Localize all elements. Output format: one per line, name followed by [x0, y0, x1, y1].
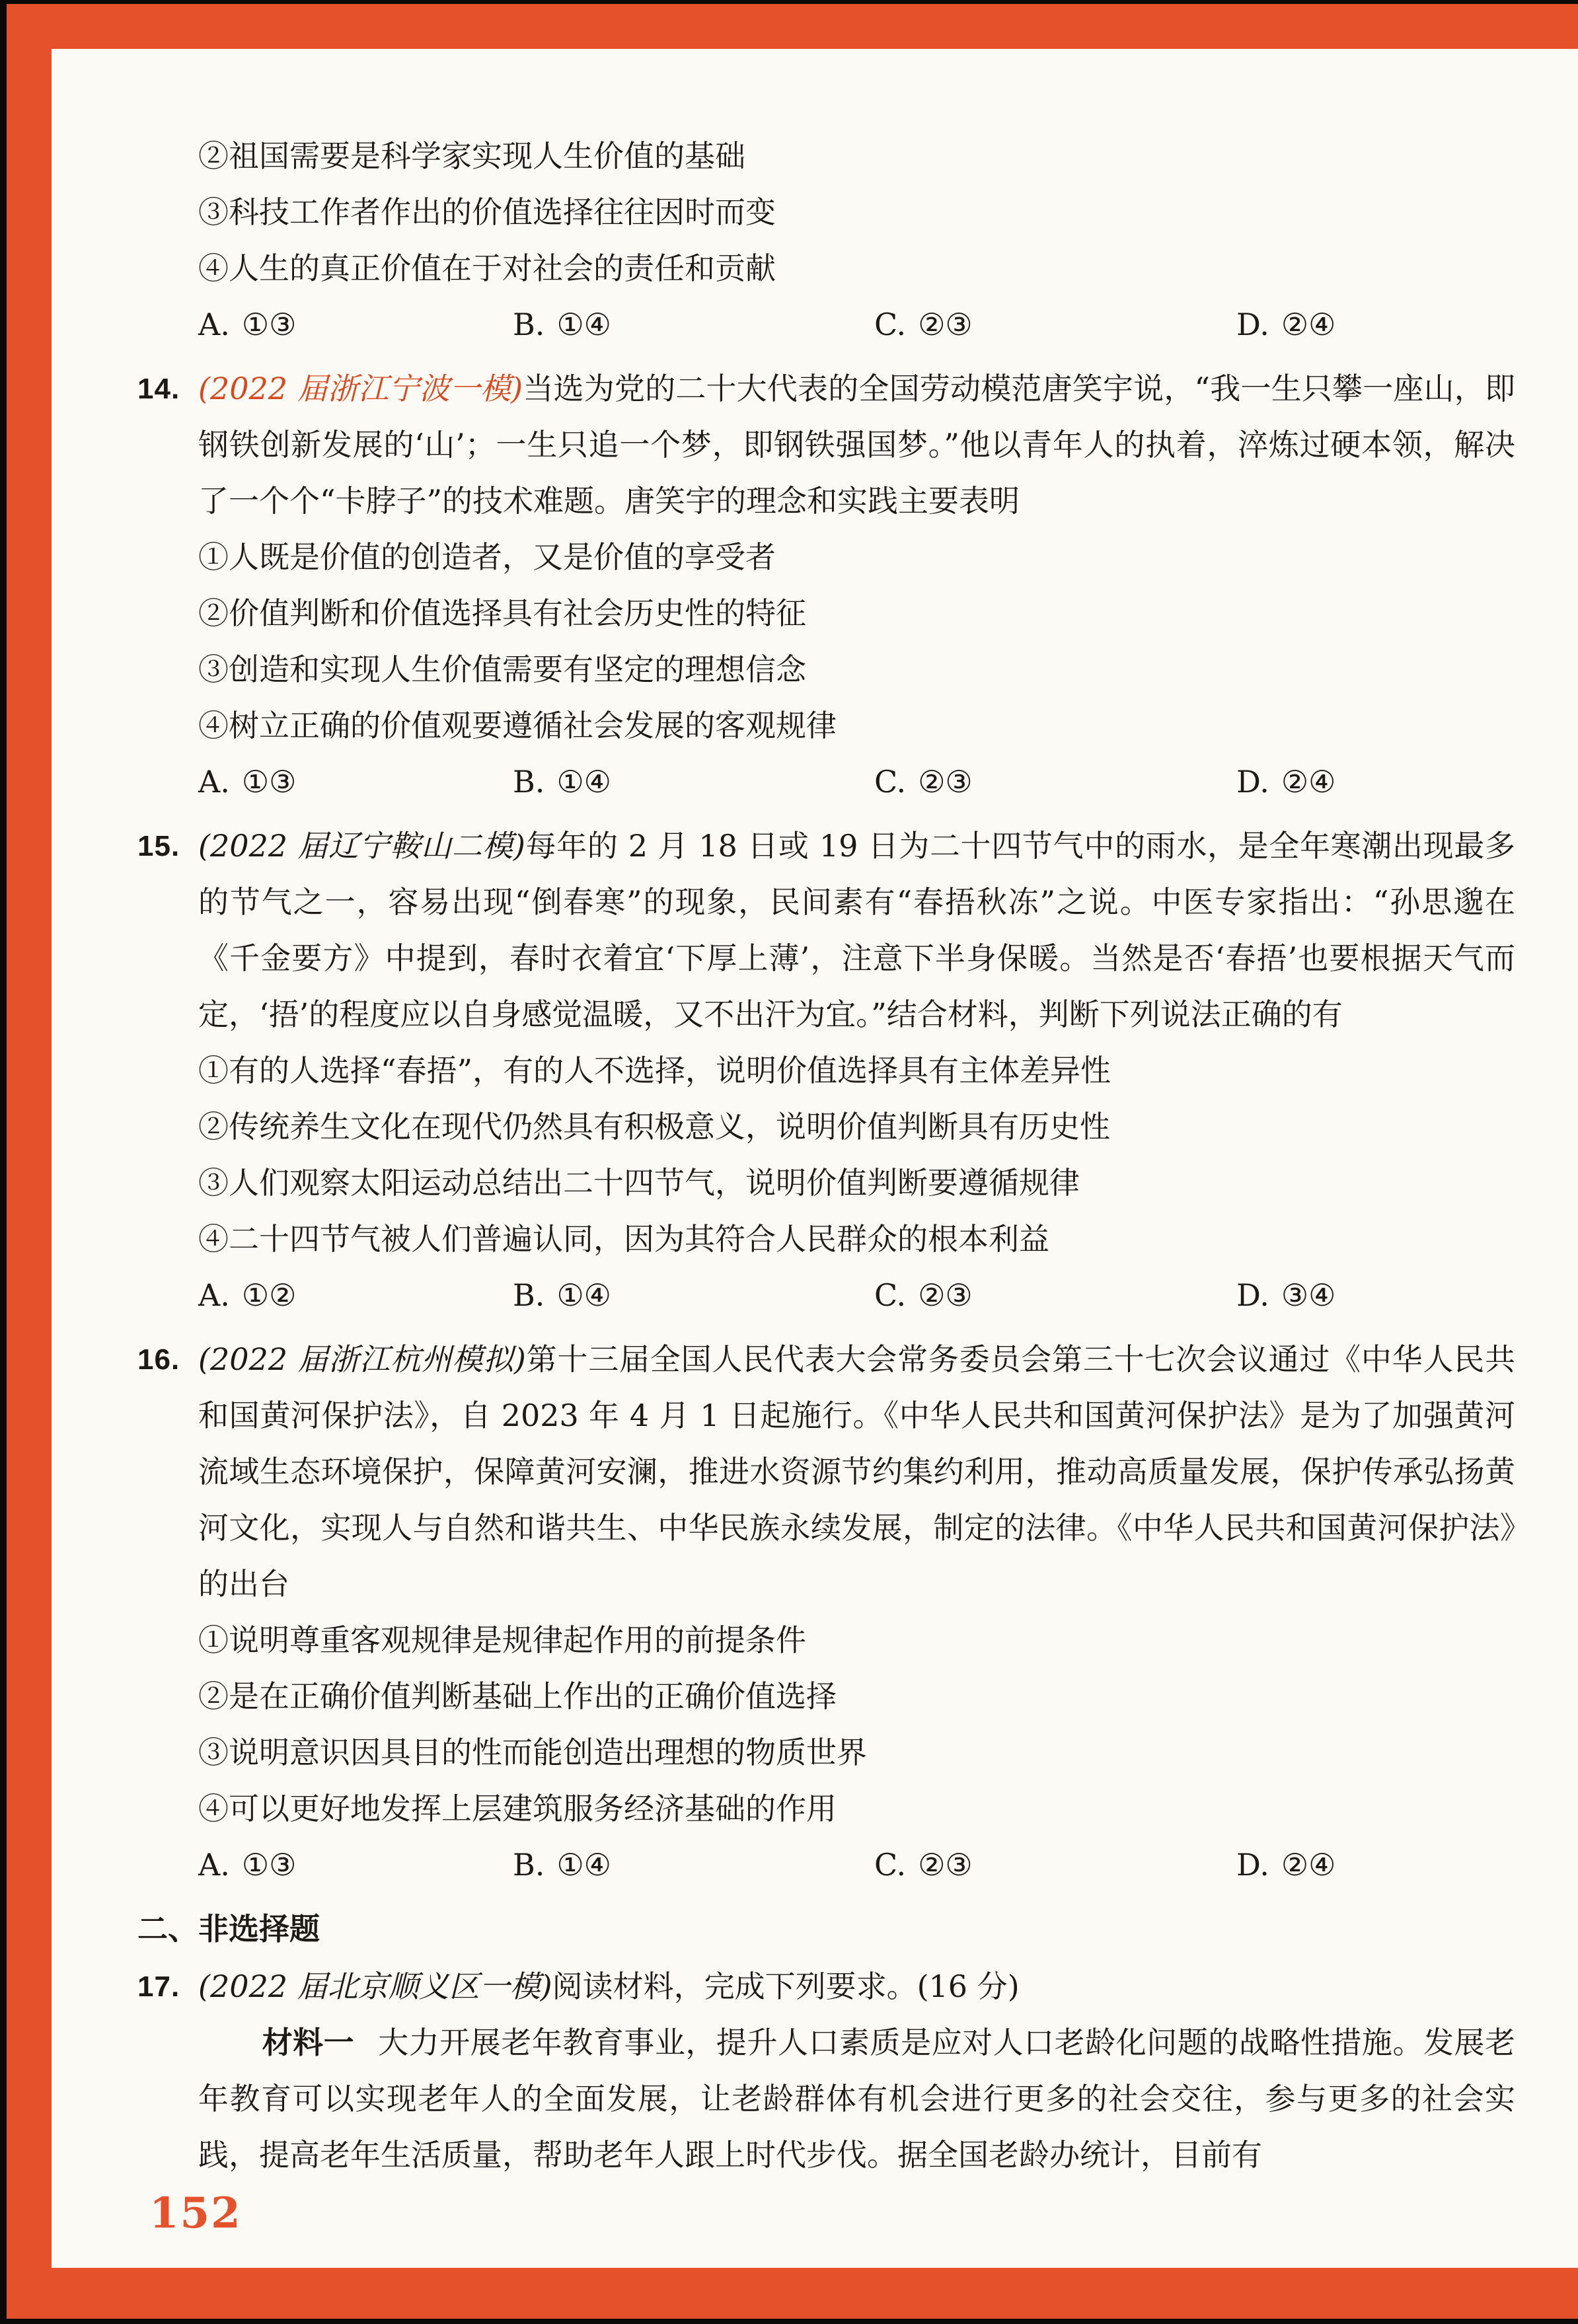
q15-option-b: B.①④: [513, 1267, 874, 1324]
q16-item-4: ④可以更好地发挥上层建筑服务经济基础的作用: [198, 1781, 1515, 1837]
q14-item-3: ③创造和实现人生价值需要有坚定的理想信念: [198, 642, 1515, 698]
q15-item-2: ②传统养生文化在现代仍然具有积极意义，说明价值判断具有历史性: [198, 1099, 1515, 1155]
q16-source-tag: (2022 届浙江杭州模拟): [198, 1341, 526, 1377]
q17-source-tag: (2022 届北京顺义区一模): [198, 1968, 552, 2004]
q17-stem: (2022 届北京顺义区一模)阅读材料，完成下列要求。(16 分): [198, 1959, 1515, 2015]
q15-item-1: ①有的人选择“春捂”，有的人不选择，说明价值选择具有主体差异性: [198, 1043, 1515, 1099]
q13-item-4: ④人生的真正价值在于对社会的责任和贡献: [198, 241, 1515, 297]
q15-source-tag: (2022 届辽宁鞍山二模): [198, 828, 525, 864]
q14-item-1: ①人既是价值的创造者，又是价值的享受者: [198, 529, 1515, 585]
q15-number: 15.: [137, 818, 180, 874]
q14-option-a: A.①③: [198, 754, 513, 810]
q16-options-row: A.①③ B.①④ C.②③ D.②④: [198, 1837, 1515, 1893]
q14-item-4: ④树立正确的价值观要遵循社会发展的客观规律: [198, 698, 1515, 754]
q16-item-3: ③说明意识因具目的性而能创造出理想的物质世界: [198, 1725, 1515, 1781]
q15-option-c: C.②③: [874, 1267, 1236, 1324]
q13-options-row: A.①③ B.①④ C.②③ D.②④: [198, 297, 1515, 353]
question-16: 16. (2022 届浙江杭州模拟)第十三届全国人民代表大会常务委员会第三十七次…: [137, 1331, 1515, 1893]
q15-option-a: A.①②: [198, 1267, 513, 1324]
question-17: 17. (2022 届北京顺义区一模)阅读材料，完成下列要求。(16 分) 材料…: [137, 1959, 1515, 2183]
page-number: 152: [149, 2189, 242, 2238]
q14-option-b: B.①④: [513, 754, 874, 810]
q13-item-2: ②祖国需要是科学家实现人生价值的基础: [198, 128, 1515, 184]
page-content: ②祖国需要是科学家实现人生价值的基础 ③科技工作者作出的价值选择往往因时而变 ④…: [137, 128, 1515, 2191]
q17-material-1: 材料一大力开展老年教育事业，提升人口素质是应对人口老龄化问题的战略性措施。发展老…: [198, 2015, 1515, 2183]
q15-options-row: A.①② B.①④ C.②③ D.③④: [198, 1267, 1515, 1324]
q13-option-b: B.①④: [513, 297, 874, 353]
q14-stem: (2022 届浙江宁波一模)当选为党的二十大代表的全国劳动模范唐笑宇说，“我一生…: [198, 361, 1515, 529]
q15-option-d: D.③④: [1236, 1267, 1515, 1324]
q14-options-row: A.①③ B.①④ C.②③ D.②④: [198, 754, 1515, 810]
question-13-tail: ②祖国需要是科学家实现人生价值的基础 ③科技工作者作出的价值选择往往因时而变 ④…: [137, 128, 1515, 353]
q16-option-b: B.①④: [513, 1837, 874, 1893]
scanned-workbook-page: { "page": { "number": "152", "section2_h…: [0, 0, 1578, 2324]
q17-number: 17.: [137, 1959, 180, 2015]
q16-stem: (2022 届浙江杭州模拟)第十三届全国人民代表大会常务委员会第三十七次会议通过…: [198, 1331, 1515, 1612]
q16-item-2: ②是在正确价值判断基础上作出的正确价值选择: [198, 1668, 1515, 1725]
q15-stem: (2022 届辽宁鞍山二模)每年的 2 月 18 日或 19 日为二十四节气中的…: [198, 818, 1515, 1043]
q15-item-4: ④二十四节气被人们普遍认同，因为其符合人民群众的根本利益: [198, 1211, 1515, 1267]
q13-option-a: A.①③: [198, 297, 513, 353]
q16-item-1: ①说明尊重客观规律是规律起作用的前提条件: [198, 1612, 1515, 1668]
q13-option-d: D.②④: [1236, 297, 1515, 353]
q14-number: 14.: [137, 361, 180, 417]
q16-option-d: D.②④: [1236, 1837, 1515, 1893]
q14-option-d: D.②④: [1236, 754, 1515, 810]
q13-option-c: C.②③: [874, 297, 1236, 353]
q14-source-tag: (2022 届浙江宁波一模): [198, 371, 523, 406]
question-15: 15. (2022 届辽宁鞍山二模)每年的 2 月 18 日或 19 日为二十四…: [137, 818, 1515, 1324]
q16-number: 16.: [137, 1331, 180, 1388]
q14-option-c: C.②③: [874, 754, 1236, 810]
q16-option-c: C.②③: [874, 1837, 1236, 1893]
q14-item-2: ②价值判断和价值选择具有社会历史性的特征: [198, 585, 1515, 642]
question-14: 14. (2022 届浙江宁波一模)当选为党的二十大代表的全国劳动模范唐笑宇说，…: [137, 361, 1515, 810]
page-sheet: ②祖国需要是科学家实现人生价值的基础 ③科技工作者作出的价值选择往往因时而变 ④…: [52, 49, 1578, 2268]
q16-option-a: A.①③: [198, 1837, 513, 1893]
section-2-header: 二、非选择题: [137, 1901, 1515, 1957]
q17-material-label: 材料一: [262, 2025, 355, 2060]
q13-item-3: ③科技工作者作出的价值选择往往因时而变: [198, 184, 1515, 241]
q15-item-3: ③人们观察太阳运动总结出二十四节气，说明价值判断要遵循规律: [198, 1155, 1515, 1211]
